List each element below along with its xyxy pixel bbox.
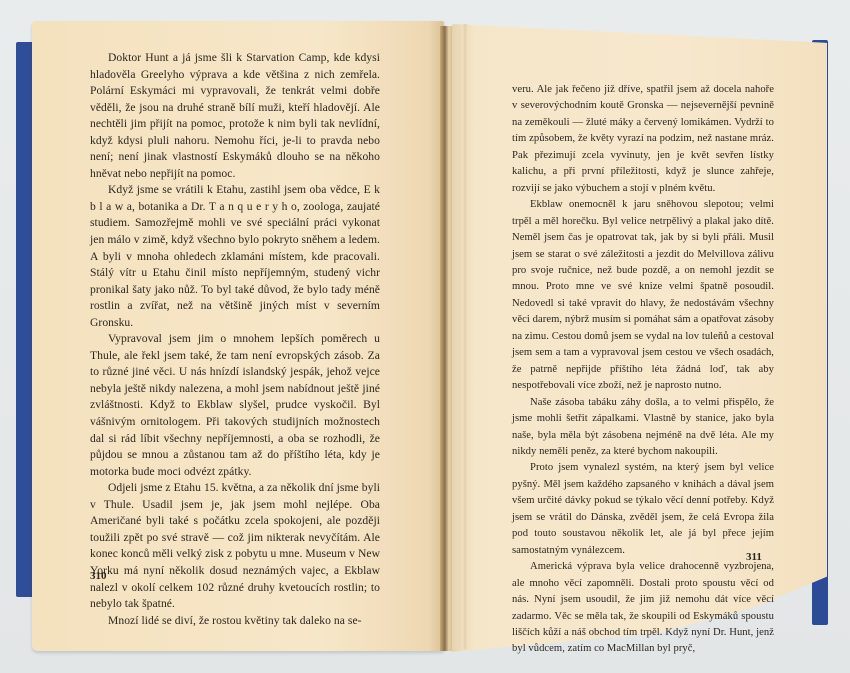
paragraph: Když jsme se vrátili k Etahu, zastihl js… bbox=[90, 182, 380, 331]
paragraph: veru. Ale jak řečeno již dříve, spatřil … bbox=[512, 82, 774, 197]
paragraph: Americká výprava byla velice drahocenně … bbox=[512, 559, 774, 658]
right-page-torn-edge bbox=[462, 24, 468, 649]
paragraph: Vypravoval jsem jim o mnohem lepších pom… bbox=[90, 331, 380, 480]
paragraph: Mnozí lidé se diví, že rostou květiny ta… bbox=[90, 613, 380, 630]
paragraph: Odjeli jsme z Etahu 15. května, a za něk… bbox=[90, 480, 380, 612]
right-page-text: veru. Ale jak řečeno již dříve, spatřil … bbox=[512, 82, 774, 658]
paragraph: Naše zásoba tabáku záhy došla, a to velm… bbox=[512, 395, 774, 461]
paragraph: Doktor Hunt a já jsme šli k Starvation C… bbox=[90, 50, 380, 182]
page-number-right: 311 bbox=[746, 551, 762, 563]
left-page-text: Doktor Hunt a já jsme šli k Starvation C… bbox=[90, 50, 380, 629]
paragraph: Proto jsem vynalezl systém, na který jse… bbox=[512, 460, 774, 559]
page-number-left: 310 bbox=[90, 570, 107, 582]
paragraph: Ekblaw onemocněl k jaru sněhovou slepoto… bbox=[512, 197, 774, 394]
